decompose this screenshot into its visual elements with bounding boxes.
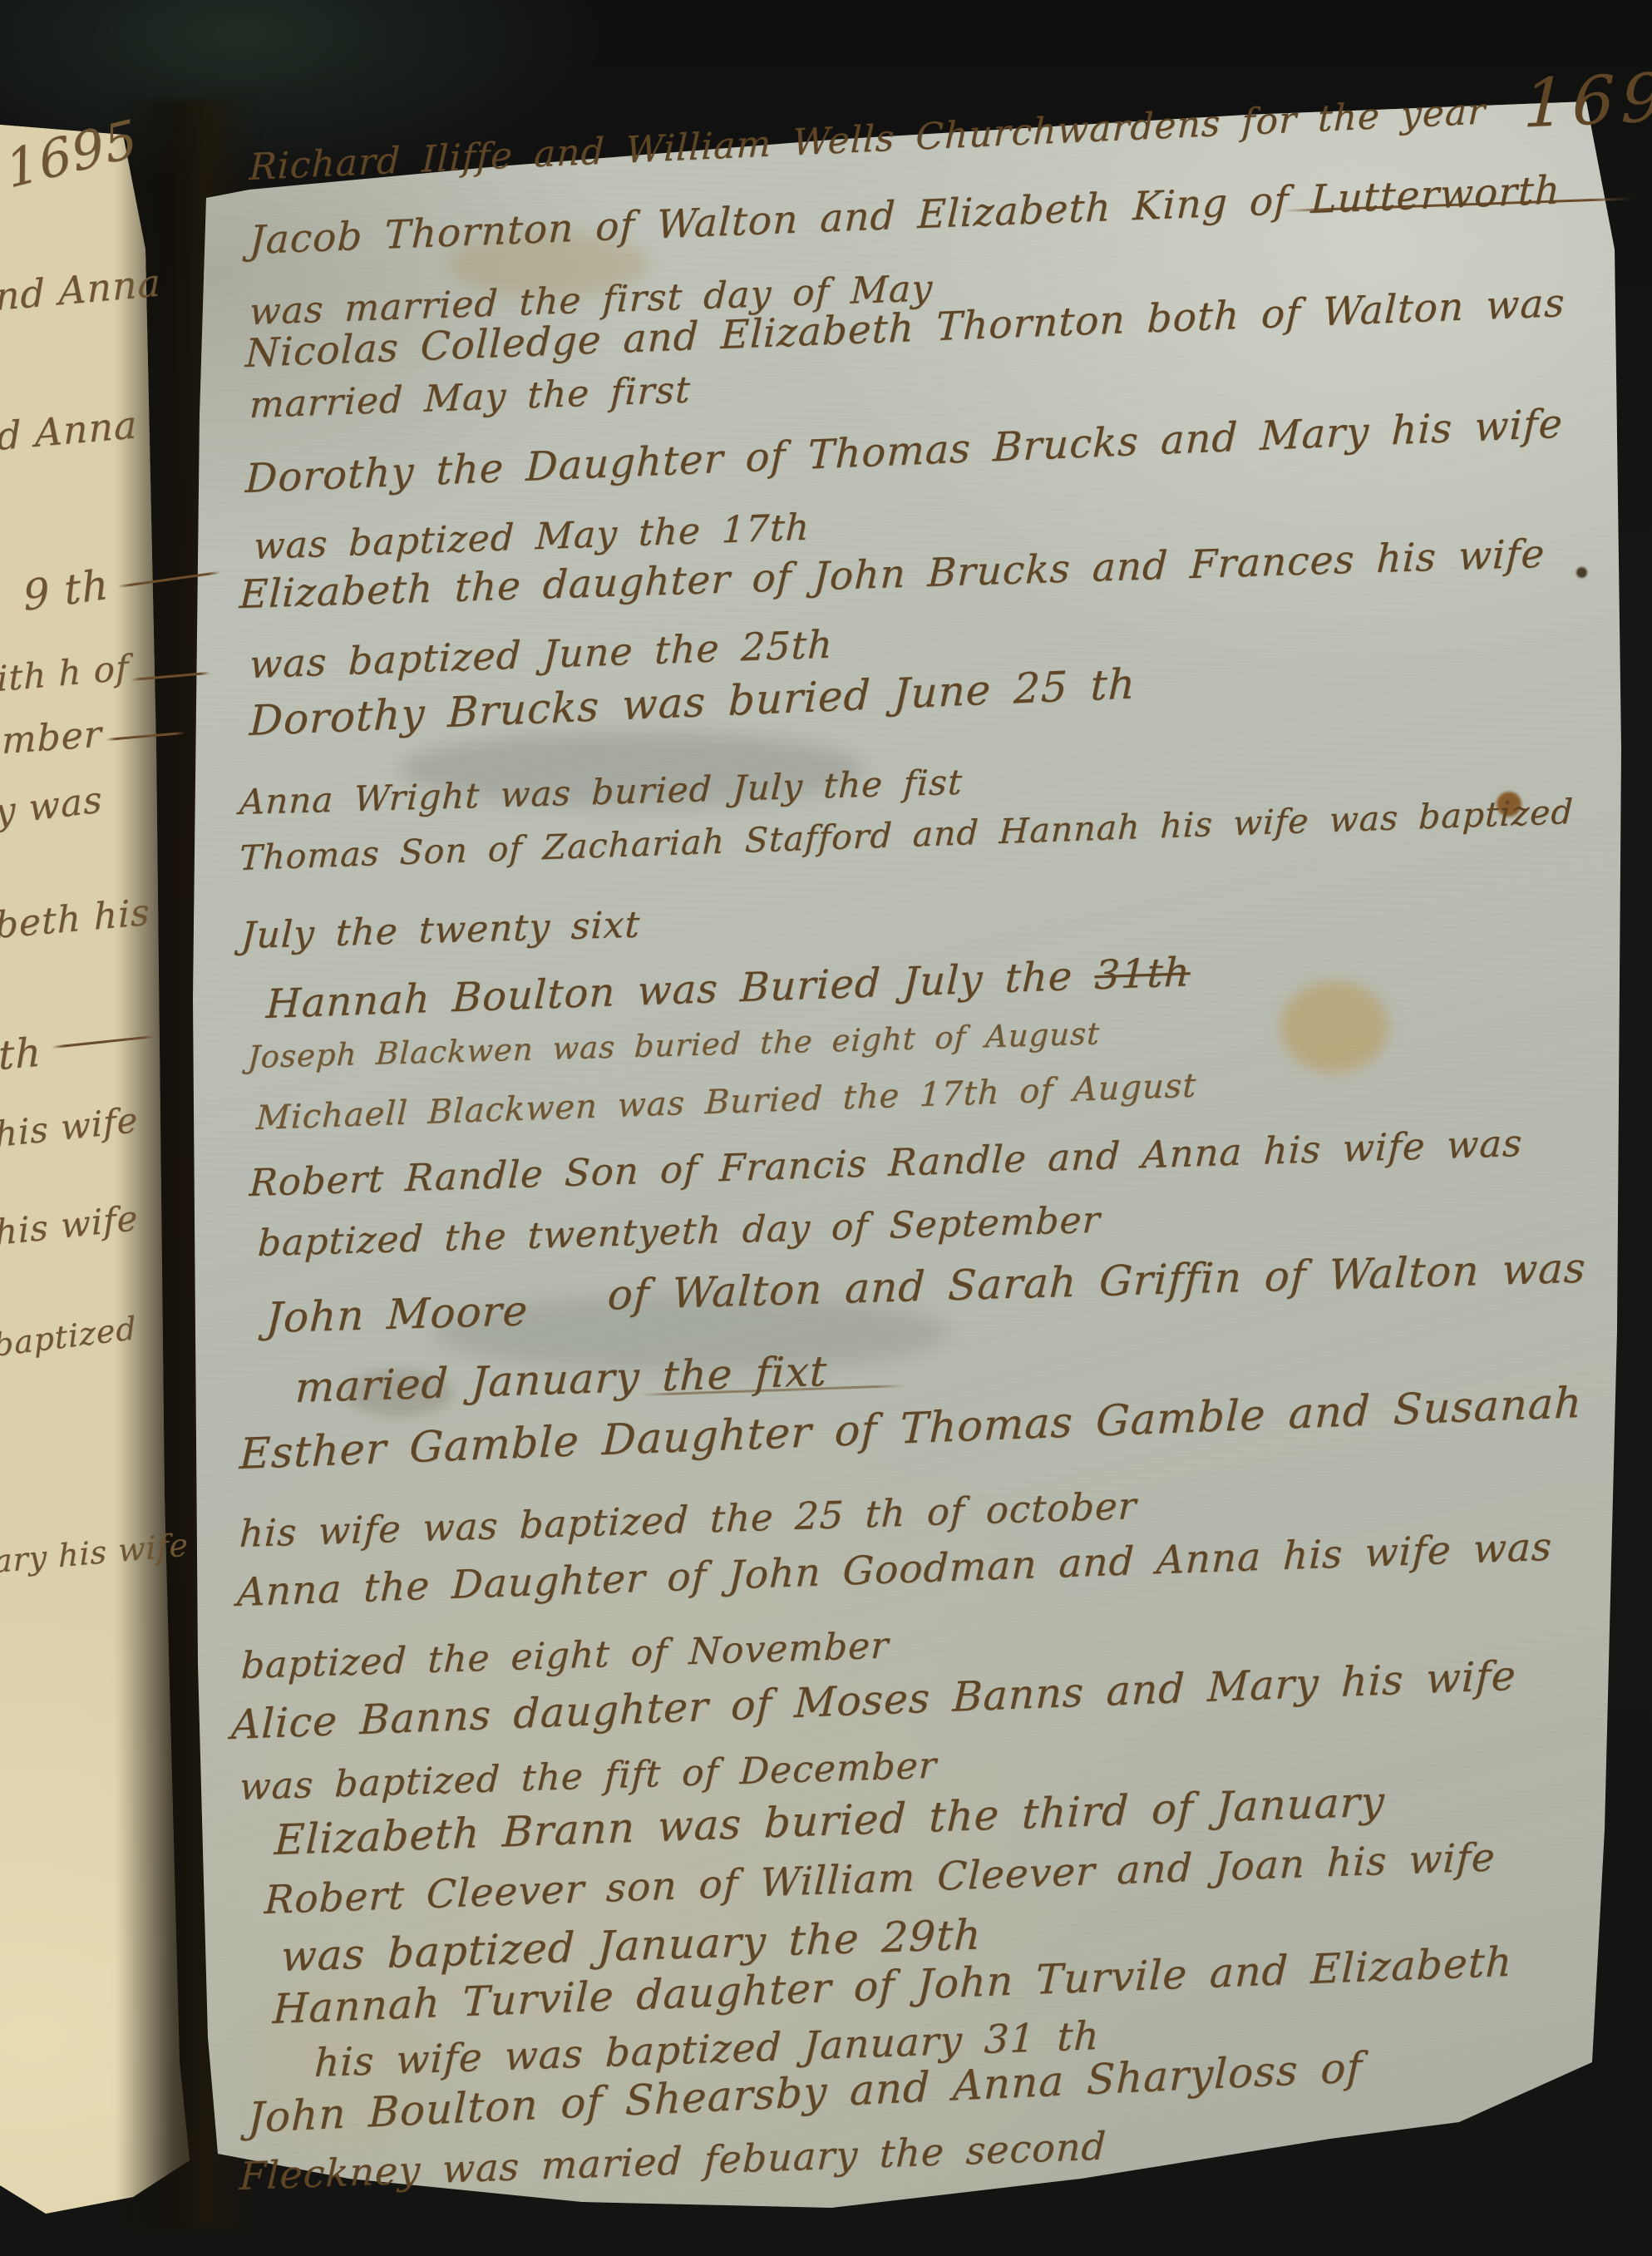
struck-text: 31th	[1094, 949, 1191, 999]
year-1696: 1696	[1522, 57, 1652, 143]
left-page-fragment: mber	[2, 713, 102, 763]
ink-spot	[1576, 567, 1587, 578]
manuscript-photo: Richard Iliffe and William Wells Churchw…	[0, 0, 1652, 2256]
stain	[1280, 981, 1388, 1073]
left-page-fragment: th	[0, 1029, 42, 1079]
entry-text: John Moore	[265, 1286, 530, 1342]
